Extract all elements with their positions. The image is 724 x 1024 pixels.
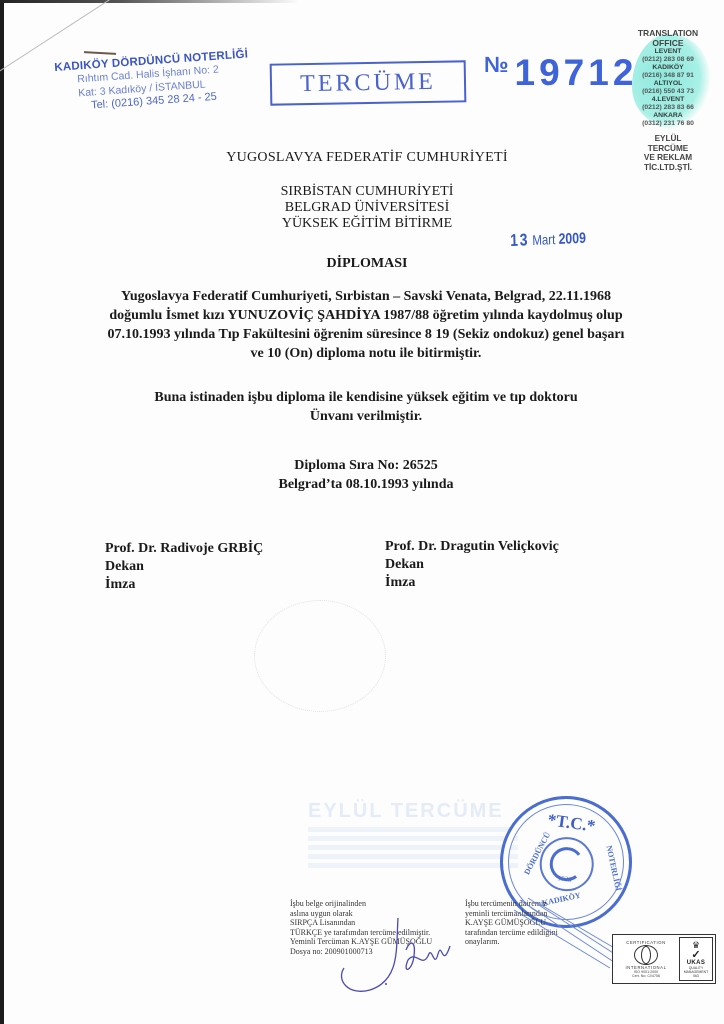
faint-embossed-seal: [254, 600, 386, 712]
paragraph-line: doğumlu İsmet kızı YUNUZOVİÇ ŞAHDİYA 198…: [4, 306, 724, 325]
signatory-left: Prof. Dr. Radivoje GRBİÇ Dekan İmza: [105, 540, 263, 594]
date-year: 2009: [558, 230, 586, 248]
translation-office-logo: TRANSLATION OFFICE LEVENT(0212) 283 08 6…: [612, 28, 724, 172]
institution-line: BELGRAD ÜNİVERSİTESİ: [5, 200, 724, 216]
document-title: DİPLOMASI: [5, 256, 724, 272]
signatory-name: Prof. Dr. Dragutin Veliçkoviç: [385, 538, 559, 556]
ukas-subtext: QUALITY MANAGEMENT: [680, 966, 712, 974]
cert-number: Cert. No: CI/4756: [632, 974, 660, 978]
signatory-role: Dekan: [385, 556, 559, 574]
numero-sign: №: [484, 52, 509, 77]
office-branch-phone: (0216) 348 87 91: [612, 72, 724, 80]
note-line: İşbu belge orijinalinden: [290, 899, 470, 909]
office-branch-name: 4.LEVENT: [612, 96, 724, 104]
globe-icon: [634, 945, 658, 965]
office-company-name: EYLÜLTERCÜMEVE REKLAMTİC.LTD.ŞTİ.: [612, 134, 724, 172]
signatory-sign-label: İmza: [105, 576, 263, 594]
office-company-line: VE REKLAM: [612, 153, 724, 163]
office-heading-2: OFFICE: [612, 38, 724, 48]
graduation-paragraph: Yugoslavya Federatif Cumhuriyeti, Sırbis…: [4, 287, 724, 363]
office-company-line: EYLÜL: [612, 134, 724, 144]
diploma-number: Diploma Sıra No: 26525: [4, 456, 724, 475]
paragraph-line: Yugoslavya Federatif Cumhuriyeti, Sırbis…: [4, 287, 724, 306]
office-branch-name: LEVENT: [612, 48, 724, 56]
date-stamp: 13Mart2009: [510, 228, 586, 251]
signatory-role: Dekan: [105, 558, 263, 576]
office-branch-name: KADIKÖY: [612, 64, 724, 72]
scan-edge-left: [0, 0, 4, 1024]
institution-line: YÜKSEK EĞİTİM BİTİRME: [5, 216, 724, 232]
office-branch-phone: (0312) 231 76 80: [612, 120, 724, 128]
office-branch-phone: (0216) 550 43 73: [612, 88, 724, 96]
office-branches: LEVENT(0212) 283 08 69KADIKÖY(0216) 348 …: [612, 48, 724, 128]
eylul-watermark-stamp: EYLÜL TERCÜME: [308, 800, 518, 872]
paragraph-line: Buna istinaden işbu diploma ile kendisin…: [4, 388, 724, 407]
signatory-name: Prof. Dr. Radivoje GRBİÇ: [105, 540, 263, 558]
ukas-code: 063: [693, 974, 699, 978]
certification-logos: CERTIFICATION INTERNATIONAL ISO 9001:200…: [612, 934, 716, 984]
cert-arc-top: CERTIFICATION: [626, 940, 666, 945]
office-branch-name: ALTIYOL: [612, 80, 724, 88]
scan-edge-top: [0, 0, 300, 3]
office-heading-1: TRANSLATION: [612, 28, 724, 38]
date-day: 13: [510, 230, 529, 250]
translator-signature: [330, 910, 470, 1000]
title-conferral-paragraph: Buna istinaden işbu diploma ile kendisin…: [4, 388, 724, 426]
institution-heading: SIRBİSTAN CUMHURİYETİ BELGRAD ÜNİVERSİTE…: [5, 184, 724, 232]
institution-line: SIRBİSTAN CUMHURİYETİ: [5, 184, 724, 200]
office-company-line: TİC.LTD.ŞTİ.: [612, 163, 724, 173]
signatory-right: Prof. Dr. Dragutin Veliçkoviç Dekan İmza: [385, 538, 559, 592]
seal-tc-text: *T.C.*: [508, 805, 636, 842]
diploma-number-paragraph: Diploma Sıra No: 26525 Belgrad’ta 08.10.…: [4, 456, 724, 494]
watermark-title: EYLÜL TERCÜME: [308, 800, 518, 823]
pen-mark: [84, 51, 116, 55]
office-branch-name: ANKARA: [612, 112, 724, 120]
signatory-sign-label: İmza: [385, 574, 559, 592]
notary-address-stamp: KADIKÖY DÖRDÜNCÜ NOTERLİĞİ Rıhtım Cad. H…: [54, 47, 277, 114]
office-branch-phone: (0212) 283 08 69: [612, 56, 724, 64]
office-branch-phone: (0212) 283 83 66: [612, 104, 724, 112]
tercume-stamp: TERCÜME: [270, 60, 467, 105]
ukas-logo: ♛ ✓ UKAS QUALITY MANAGEMENT 063: [679, 937, 713, 981]
paragraph-line: ve 10 (On) diploma notu ile bitirmiştir.: [4, 344, 724, 363]
date-month: Mart: [532, 231, 555, 248]
office-company-line: TERCÜME: [612, 144, 724, 154]
issue-place-date: Belgrad’ta 08.10.1993 yılında: [4, 475, 724, 494]
paragraph-line: Ünvanı verilmiştir.: [4, 407, 724, 426]
certification-international-logo: CERTIFICATION INTERNATIONAL ISO 9001:200…: [615, 937, 677, 981]
checkmark-icon: ✓: [691, 950, 700, 960]
paragraph-line: 07.10.1993 yılında Tıp Fakültesini öğren…: [4, 325, 724, 344]
